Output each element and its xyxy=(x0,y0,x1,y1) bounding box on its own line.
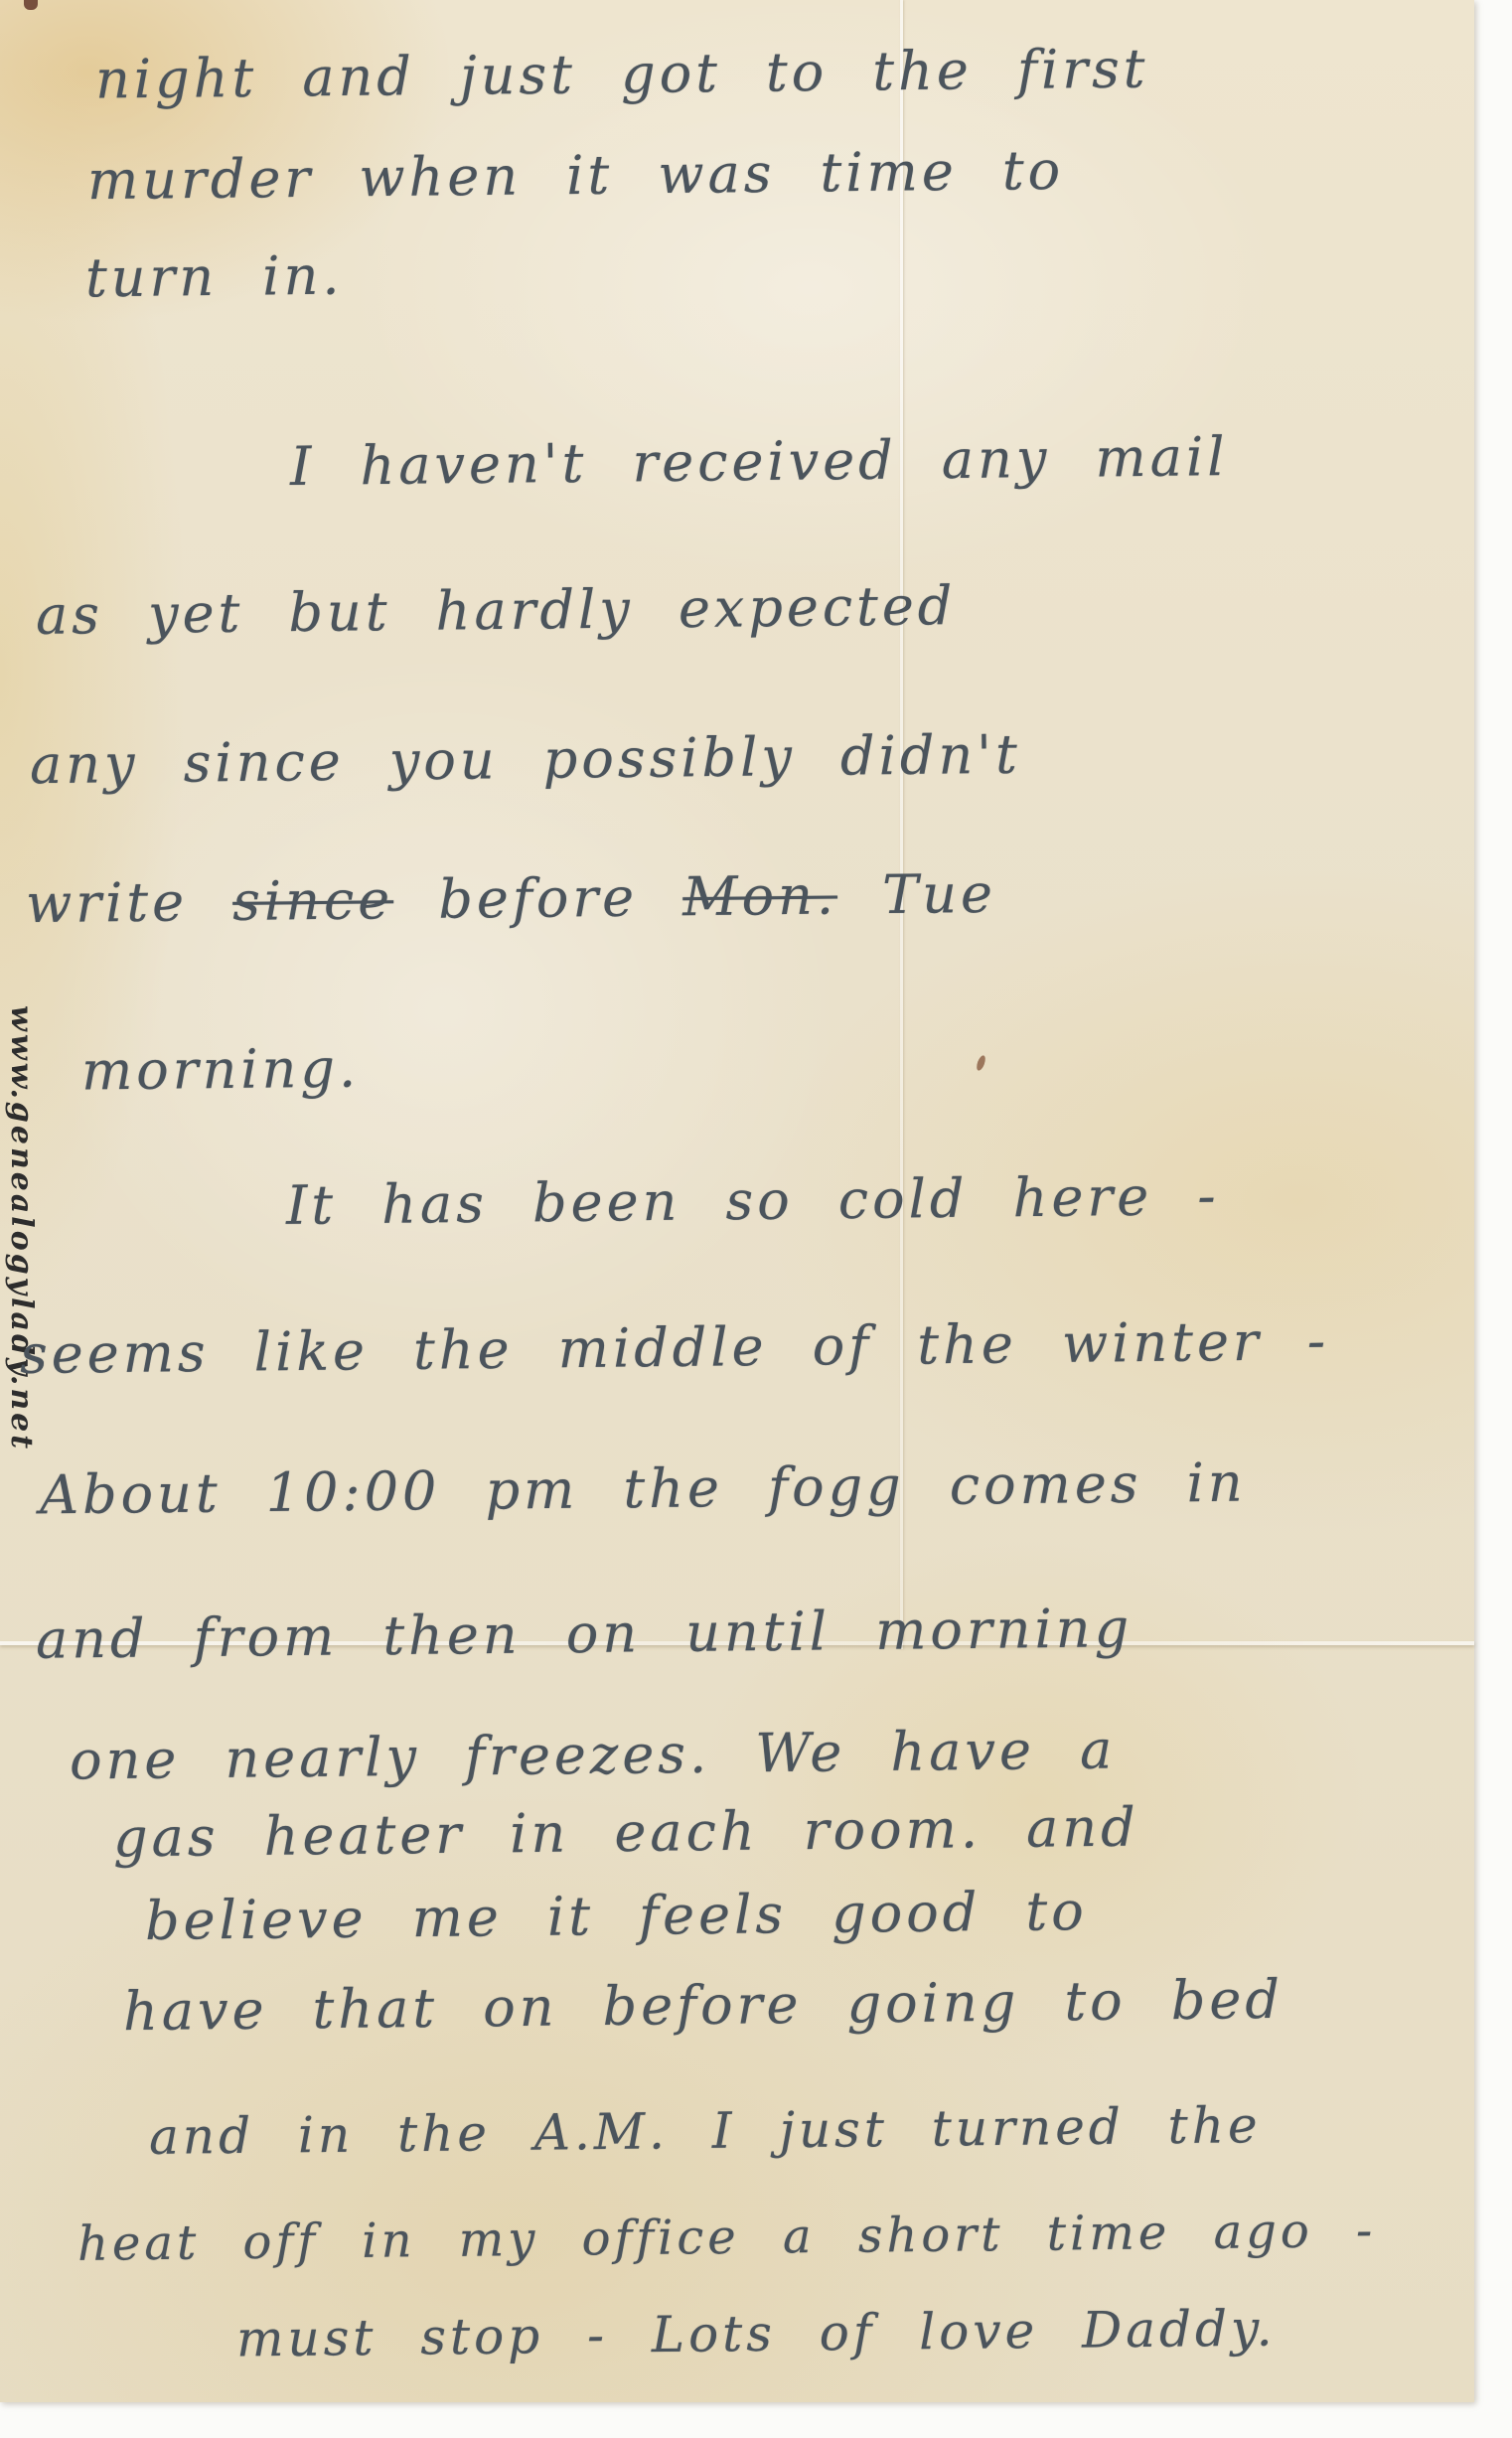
letter-line: and in the A.M. I just turned the xyxy=(149,2100,1262,2162)
letter-line: gas heater in each room. and xyxy=(113,1801,1139,1866)
letter-text-segment: one nearly freezes. We have a xyxy=(70,1718,1117,1791)
letter-text-segment: write xyxy=(26,870,233,935)
letter-line: heat off in my office a short time ago - xyxy=(77,2207,1377,2268)
handwritten-letter-body: night and just got to the firstmurder wh… xyxy=(0,0,1474,2402)
letter-text-segment: I haven't received any mail xyxy=(290,425,1229,498)
letter-page: www.genealogylady.net night and just got… xyxy=(0,0,1474,2402)
letter-text-segment: murder when it was time to xyxy=(87,139,1065,212)
letter-line: morning. xyxy=(81,1042,361,1099)
letter-text-segment: gas heater in each room. and xyxy=(113,1796,1139,1870)
letter-line: seems like the middle of the winter - xyxy=(20,1314,1330,1382)
letter-text-segment: Tue xyxy=(837,862,997,927)
letter-line: have that on before going to bed xyxy=(123,1973,1284,2039)
letter-line: write since before Mon. Tue xyxy=(26,867,996,931)
letter-text-segment: morning. xyxy=(81,1037,361,1103)
letter-line: believe me it feels good to xyxy=(145,1885,1088,1948)
letter-text-segment: and in the A.M. I just turned the xyxy=(149,2096,1262,2166)
letter-text-segment: believe me it feels good to xyxy=(145,1880,1088,1952)
letter-text-segment: as yet but hardly expected xyxy=(36,574,957,647)
letter-text-segment: have that on before going to bed xyxy=(123,1968,1284,2043)
letter-text-segment: night and just got to the first xyxy=(95,37,1149,110)
letter-text-segment: must stop - Lots of love Daddy. xyxy=(236,2300,1277,2368)
letter-text-segment: About 10:00 pm the fogg comes in xyxy=(40,1451,1247,1527)
letter-line: as yet but hardly expected xyxy=(36,579,957,643)
letter-text-segment: turn in. xyxy=(85,244,344,310)
letter-line: murder when it was time to xyxy=(87,144,1065,208)
letter-line: any since you possibly didn't xyxy=(30,728,1021,792)
letter-line: turn in. xyxy=(85,249,344,306)
letter-line: night and just got to the first xyxy=(95,42,1149,106)
strikethrough-text: since xyxy=(232,868,394,933)
letter-text-segment: before xyxy=(393,865,683,931)
letter-text-segment: heat off in my office a short time ago - xyxy=(77,2203,1377,2272)
letter-text-segment: It has been so cold here - xyxy=(286,1164,1220,1237)
letter-line: I haven't received any mail xyxy=(290,430,1229,494)
letter-text-segment: seems like the middle of the winter - xyxy=(20,1309,1330,1386)
letter-line: About 10:00 pm the fogg comes in xyxy=(40,1456,1247,1523)
letter-line: one nearly freezes. We have a xyxy=(70,1723,1117,1787)
letter-line: It has been so cold here - xyxy=(286,1169,1220,1233)
letter-line: and from then on until morning xyxy=(36,1601,1134,1667)
letter-text-segment: any since you possibly didn't xyxy=(30,723,1021,796)
letter-text-segment: and from then on until morning xyxy=(36,1597,1134,1671)
strikethrough-text: Mon. xyxy=(682,864,837,929)
letter-line: must stop - Lots of love Daddy. xyxy=(236,2304,1277,2364)
